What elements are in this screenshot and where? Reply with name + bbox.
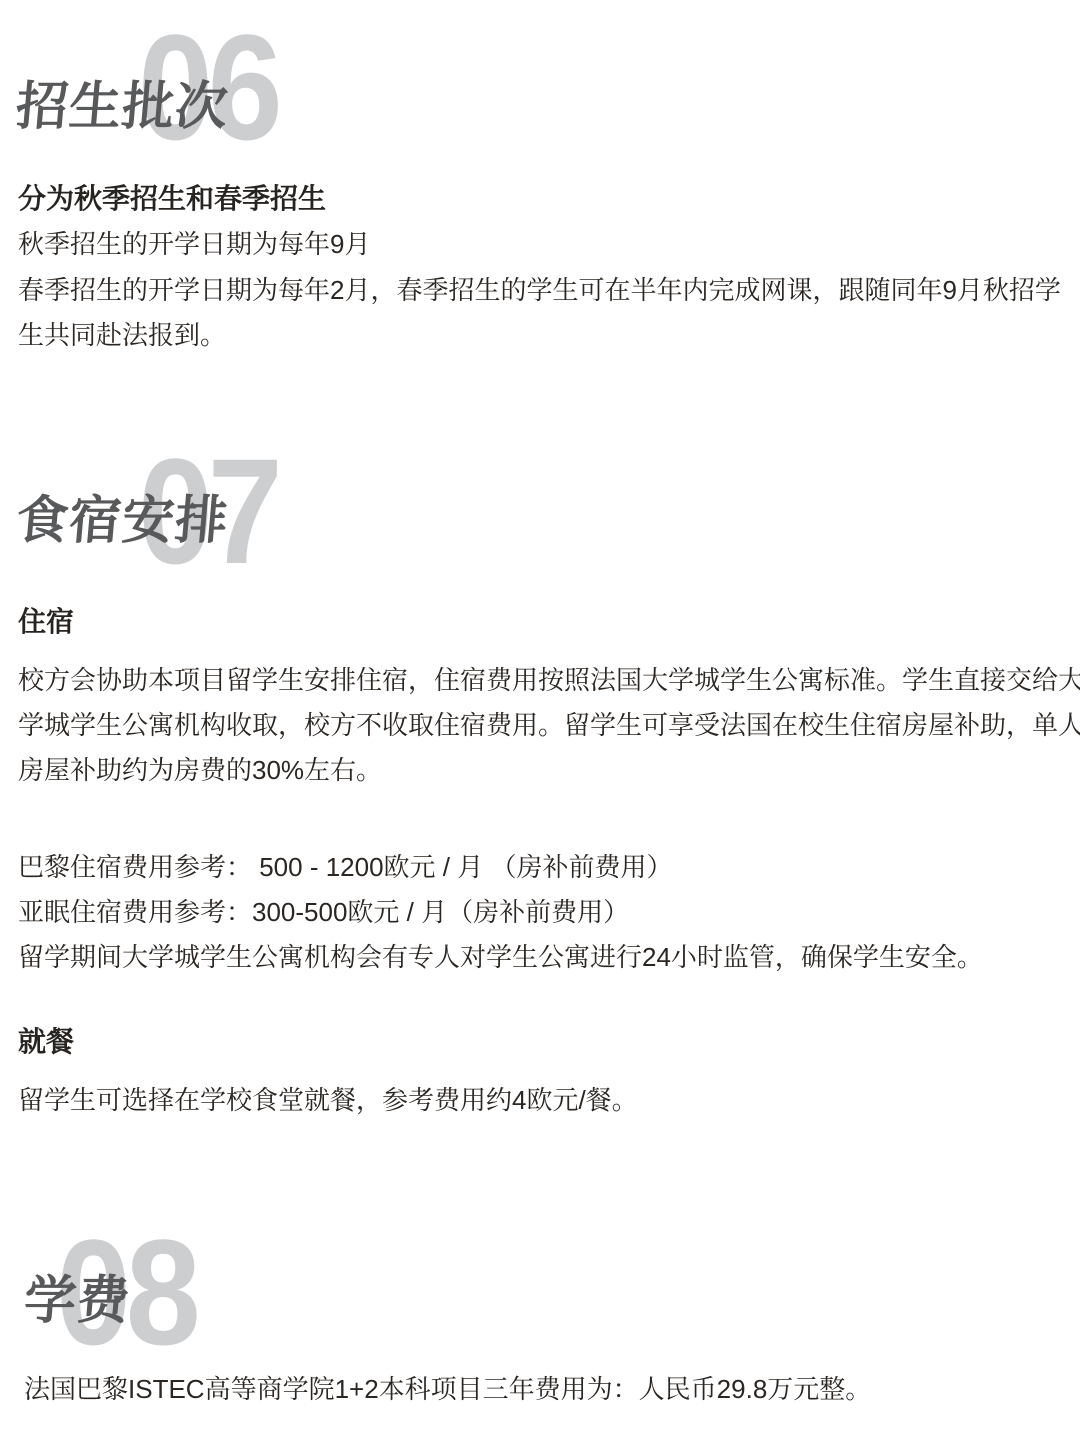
housing-paragraph: 校方会协助本项目留学生安排住宿，住宿费用按照法国大学城学生公寓标准。学生直接交给… [18, 658, 1080, 793]
spring-enrollment-text: 春季招生的开学日期为每年2月，春季招生的学生可在半年内完成网课，跟随同年9月秋招… [18, 268, 1061, 358]
autumn-enrollment-text: 秋季招生的开学日期为每年9月 [18, 222, 370, 267]
housing-heading: 住宿 [18, 599, 74, 644]
tuition-paragraph: 法国巴黎ISTEC高等商学院1+2本科项目三年费用为：人民币29.8万元整。 [24, 1367, 871, 1412]
enrollment-lead-text: 分为秋季招生和春季招生 [18, 176, 326, 221]
document-page: 06 招生批次 分为秋季招生和春季招生 秋季招生的开学日期为每年9月 春季招生的… [0, 0, 1080, 1434]
housing-fee-reference: 巴黎住宿费用参考： 500 - 1200欧元 / 月 （房补前费用） 亚眠住宿费… [18, 845, 983, 980]
dining-heading: 就餐 [18, 1019, 74, 1064]
section-title-tuition: 学费 [22, 1275, 133, 1327]
section-title-enrollment-batches: 招生批次 [14, 81, 231, 133]
dining-paragraph: 留学生可选择在学校食堂就餐，参考费用约4欧元/餐。 [18, 1078, 638, 1123]
section-title-room-and-board: 食宿安排 [14, 495, 231, 547]
